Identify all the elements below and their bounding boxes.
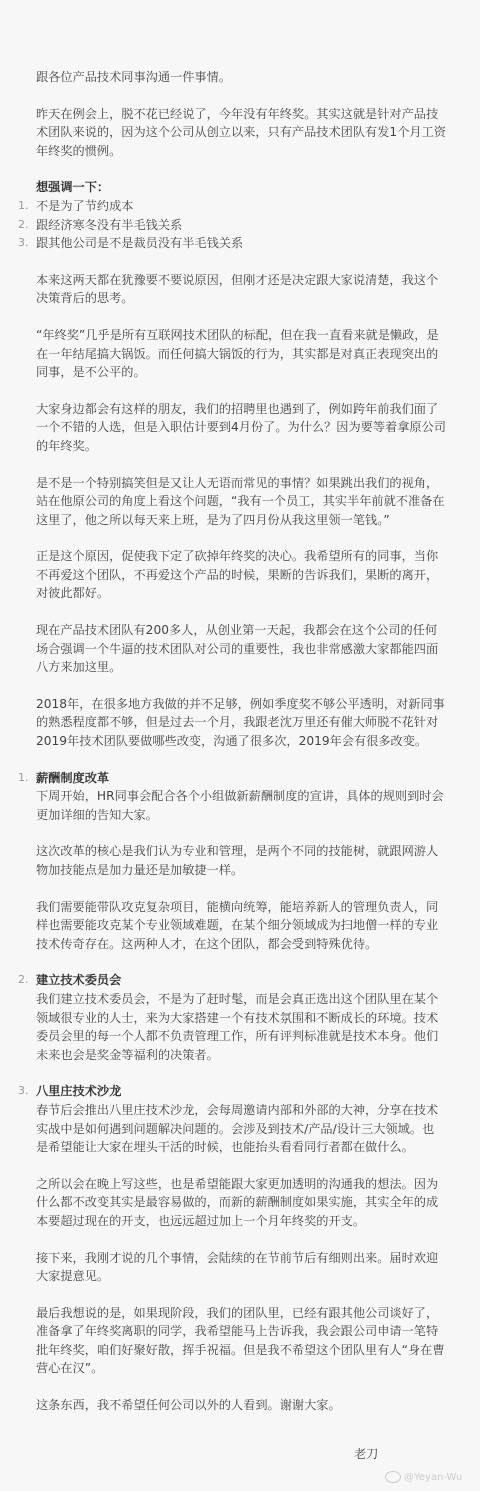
emphasis-heading: 想强调一下： <box>36 178 446 197</box>
paragraph: “年终奖”几乎是所有互联网技术团队的标配，但在我一直看来就是懒政，是在一年结尾搞… <box>36 326 446 382</box>
watermark: @Yeyan-Wu <box>385 1471 462 1483</box>
paragraph: 是不是一个特别搞笑但是又让人无语而常见的事情？如果跳出我们的视角，站在他原公司的… <box>36 474 446 530</box>
paragraph: 这次改革的核心是我们认为专业和管理，是两个不同的技能树，就跟网游人物加技能点是加… <box>36 842 446 879</box>
paragraph: 本来这两天都在犹豫要不要说原因，但刚才还是决定跟大家说清楚，我这个决策背后的思考… <box>36 271 446 308</box>
list-number: 1. <box>18 197 29 216</box>
paragraph: 之所以会在晚上写这些，也是希望能跟大家更加透明的沟通我的想法。因为什么都不改变其… <box>36 1175 446 1231</box>
list-item: 1.不是为了节约成本 <box>36 197 446 216</box>
section-tech-committee: 2. 建立技术委员会 我们建立技术委员会，不是为了赶时髦，而是会真正选出这个团队… <box>36 971 446 1064</box>
list-text: 不是为了节约成本 <box>36 199 134 213</box>
memo-document: 跟各位产品技术同事沟通一件事情。 昨天在例会上，脱不花已经说了，今年没有年终奖。… <box>36 68 446 1433</box>
section-title: 建立技术委员会 <box>36 971 446 990</box>
section-title: 八里庄技术沙龙 <box>36 1082 446 1101</box>
emphasis-list: 1.不是为了节约成本 2.跟经济寒冬没有半毛钱关系 3.跟其他公司是不是裁员没有… <box>36 197 446 253</box>
section-number: 2. <box>18 971 29 990</box>
paragraph: 2018年，在很多地方我做的并不足够，例如季度奖不够公平透明，对新同事的熟悉程度… <box>36 695 446 751</box>
paragraph: 我们需要能带队攻克复杂项目，能横向统筹，能培养新人的管理负责人，同样也需要能攻克… <box>36 898 446 954</box>
greeting: 跟各位产品技术同事沟通一件事情。 <box>36 68 446 87</box>
paragraph: 春节后会推出八里庄技术沙龙，会每周邀请内部和外部的大神，分享在技术实战中是如何遇… <box>36 1101 446 1157</box>
section-number: 1. <box>18 769 29 788</box>
paragraph: 我们建立技术委员会，不是为了赶时髦，而是会真正选出这个团队里在某个领域很专业的人… <box>36 990 446 1064</box>
section-tech-salon: 3. 八里庄技术沙龙 春节后会推出八里庄技术沙龙，会每周邀请内部和外部的大神，分… <box>36 1082 446 1156</box>
section-number: 3. <box>18 1082 29 1101</box>
list-item: 2.跟经济寒冬没有半毛钱关系 <box>36 216 446 235</box>
list-number: 2. <box>18 216 29 235</box>
paragraph: 最后我想说的是，如果现阶段，我们的团队里，已经有跟其他公司谈好了，准备拿了年终奖… <box>36 1304 446 1378</box>
paragraph: 接下来，我刚才说的几个事情，会陆续的在节前节后有细则出来。届时欢迎大家提意见。 <box>36 1249 446 1286</box>
paragraph: 现在产品技术团队有200多人，从创业第一天起，我都会在这个公司的任何场合强调一个… <box>36 621 446 677</box>
section-title: 薪酬制度改革 <box>36 769 446 788</box>
signature: 老刀 <box>354 1445 378 1462</box>
section-salary-reform: 1. 薪酬制度改革 下周开始，HR同事会配合各个小组做新薪酬制度的宣讲，具体的规… <box>36 769 446 954</box>
intro-paragraph: 昨天在例会上，脱不花已经说了，今年没有年终奖。其实这就是针对产品技术团队来说的，… <box>36 105 446 161</box>
list-text: 跟其他公司是不是裁员没有半毛钱关系 <box>36 236 243 250</box>
list-number: 3. <box>18 234 29 253</box>
paragraph: 正是这个原因，促使我下定了砍掉年终奖的决心。我希望所有的同事，当你不再爱这个团队… <box>36 547 446 603</box>
watermark-text: @Yeyan-Wu <box>404 1472 462 1483</box>
closing-paragraph: 这条东西，我不希望任何公司以外的人看到。谢谢大家。 <box>36 1396 446 1415</box>
paragraph: 大家身边都会有这样的朋友，我们的招聘里也遇到了，例如跨年前我们面了一个不错的人选… <box>36 400 446 456</box>
paragraph: 下周开始，HR同事会配合各个小组做新薪酬制度的宣讲，具体的规则到时会更加详细的告… <box>36 787 446 824</box>
weibo-logo-icon <box>385 1471 401 1483</box>
list-item: 3.跟其他公司是不是裁员没有半毛钱关系 <box>36 234 446 253</box>
list-text: 跟经济寒冬没有半毛钱关系 <box>36 218 182 232</box>
